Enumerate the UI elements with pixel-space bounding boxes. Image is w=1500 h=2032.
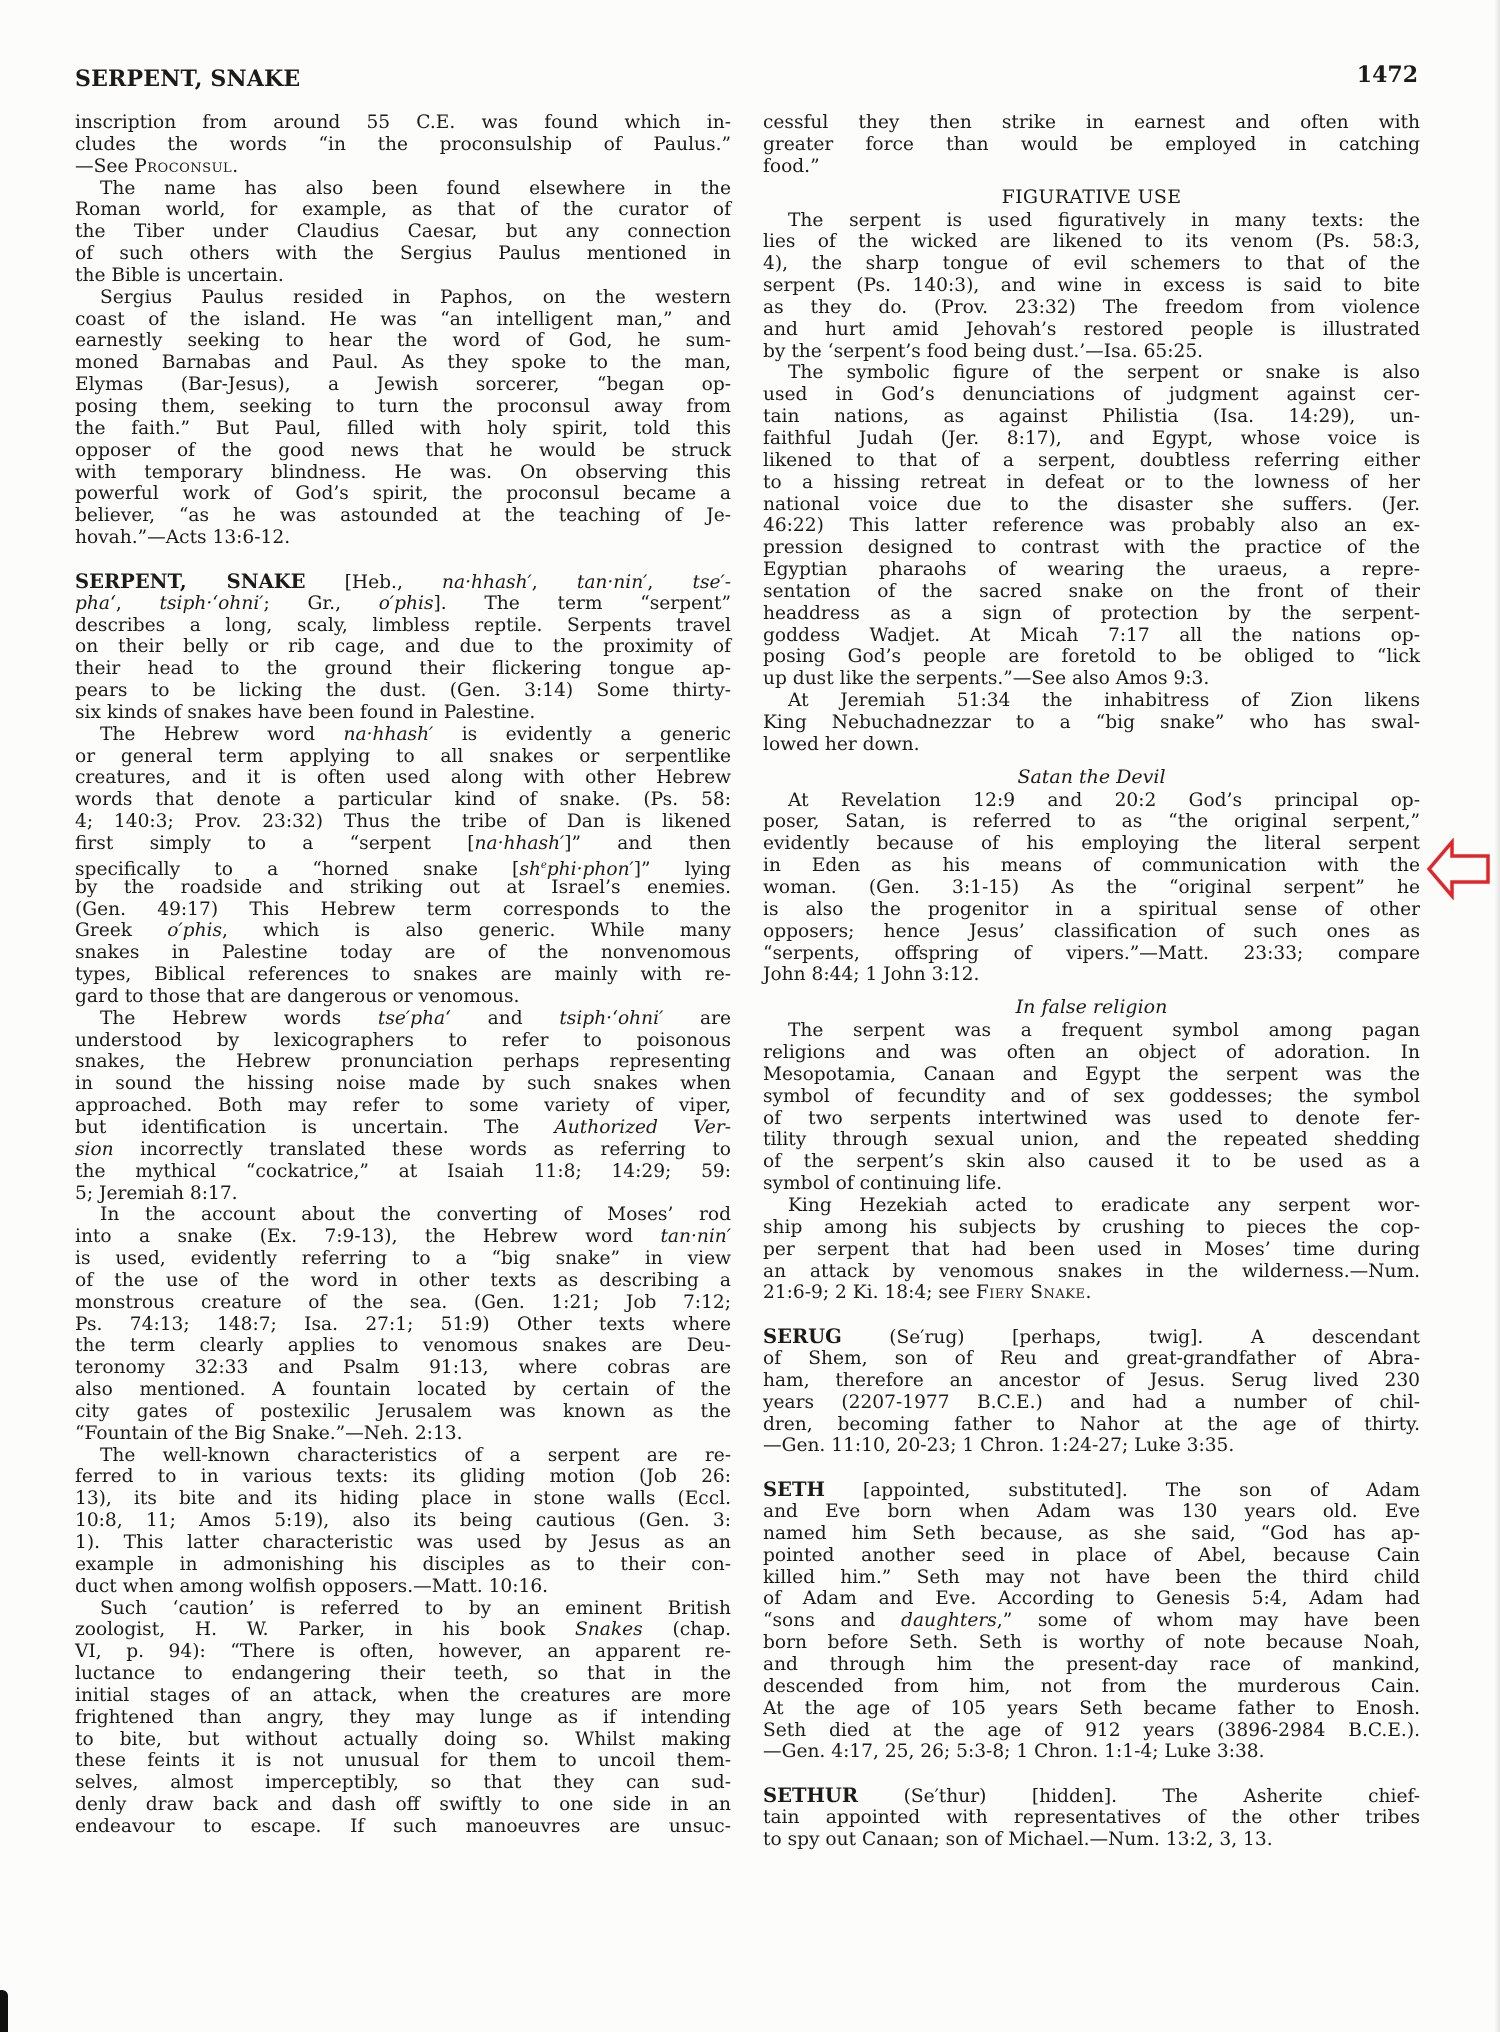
paragraph: The serpent was a frequent symbol among … <box>763 1020 1420 1195</box>
text-line: —Gen. 11:10, 20-23; 1 Chron. 1:24-27; Lu… <box>763 1435 1420 1457</box>
text-line: the Tiber under Claudius Caesar, but any… <box>75 221 731 243</box>
text-line: powerful work of God’s spirit, the proco… <box>75 483 731 505</box>
text-line: or general term applying to all snakes o… <box>75 746 731 768</box>
text-line: to a hissing retreat in defeat or to the… <box>763 472 1420 494</box>
text-line: symbol of continuing life. <box>763 1173 1420 1195</box>
text-line: of the serpent’s skin also caused it to … <box>763 1151 1420 1173</box>
text-line: faithful Judah (Jer. 8:17), and Egypt, w… <box>763 428 1420 450</box>
text-line: sentation of the sacred snake on the fro… <box>763 581 1420 603</box>
text-line: 46:22) This latter reference was probabl… <box>763 515 1420 537</box>
text-line: VI, p. 94): “There is often, however, an… <box>75 1641 731 1663</box>
text-line: initial stages of an attack, when the cr… <box>75 1685 731 1707</box>
text-line: duct when among wolfish opposers.—Matt. … <box>75 1576 731 1598</box>
text-line: moned Barnabas and Paul. As they spoke t… <box>75 352 731 374</box>
text-line: teronomy 32:33 and Psalm 91:13, where co… <box>75 1357 731 1379</box>
text-line: “serpents, offspring of vipers.”—Matt. 2… <box>763 943 1420 965</box>
paragraph: SETH [appointed, substituted]. The son o… <box>763 1479 1420 1763</box>
text-line: The Hebrew words tse′pha‘ and tsiph·‘ohn… <box>75 1008 731 1030</box>
text-line: descended from him, not from the murdero… <box>763 1676 1420 1698</box>
paragraph: In the account about the converting of M… <box>75 1204 731 1444</box>
text-line: in sound the hissing noise made by such … <box>75 1073 731 1095</box>
text-line: years (2207-1977 B.C.E.) and had a numbe… <box>763 1392 1420 1414</box>
text-line: used in God’s denunciations of judgment … <box>763 384 1420 406</box>
text-line: describes a long, scaly, limbless reptil… <box>75 615 731 637</box>
text-line: types, Biblical references to snakes are… <box>75 964 731 986</box>
text-line: lies of the wicked are likened to its ve… <box>763 231 1420 253</box>
text-line: ham, therefore an ancestor of Jesus. Ser… <box>763 1370 1420 1392</box>
text-line: “sons and daughters,” some of whom may h… <box>763 1610 1420 1632</box>
text-line: of Shem, son of Reu and great-grandfathe… <box>763 1348 1420 1370</box>
text-line: Ps. 74:13; 148:7; Isa. 27:1; 51:9) Other… <box>75 1314 731 1336</box>
text-line: killed him.” Seth may not have been the … <box>763 1567 1420 1589</box>
text-line: pha‘, tsiph·‘ohni′; Gr., o′phis]. The te… <box>75 593 731 615</box>
entry-separator <box>763 1763 1420 1785</box>
text-line: of two serpents intertwined was used to … <box>763 1108 1420 1130</box>
text-line: of the use of the word in other texts as… <box>75 1270 731 1292</box>
text-line: first simply to a “serpent [na·hhash′]” … <box>75 833 731 855</box>
text-line: earnestly seeking to hear the word of Go… <box>75 330 731 352</box>
text-line: lowed her down. <box>763 734 1420 756</box>
page-number: 1472 <box>1357 62 1418 88</box>
text-line: 10:8, 11; Amos 5:19), also its being cau… <box>75 1510 731 1532</box>
text-line: headdress as a sign of protection by the… <box>763 603 1420 625</box>
text-line: Such ‘caution’ is referred to by an emin… <box>75 1598 731 1620</box>
paragraph: At Revelation 12:9 and 20:2 God’s princi… <box>763 790 1420 987</box>
text-line: pression designed to contrast with the p… <box>763 537 1420 559</box>
text-line: cludes the words “in the proconsulship o… <box>75 134 731 156</box>
paragraph: Sergius Paulus resided in Paphos, on the… <box>75 287 731 549</box>
text-line: The name has also been found elsewhere i… <box>75 178 731 200</box>
text-line: tain nations, as against Philistia (Isa.… <box>763 406 1420 428</box>
text-line: In the account about the converting of M… <box>75 1204 731 1226</box>
text-line: —Gen. 4:17, 25, 26; 5:3-8; 1 Chron. 1:1-… <box>763 1741 1420 1763</box>
text-line: gard to those that are dangerous or veno… <box>75 986 731 1008</box>
text-line: 4; 140:3; Prov. 23:32) Thus the tribe of… <box>75 811 731 833</box>
paragraph: The serpent is used figuratively in many… <box>763 210 1420 363</box>
text-line: cessful they then strike in earnest and … <box>763 112 1420 134</box>
text-line: greater force than would be employed in … <box>763 134 1420 156</box>
text-line: is also the progenitor in a spiritual se… <box>763 899 1420 921</box>
running-head: SERPENT, SNAKE <box>75 66 300 92</box>
text-line: Elymas (Bar-Jesus), a Jewish sorcerer, “… <box>75 374 731 396</box>
text-line: to bite, but without actually doing so. … <box>75 1729 731 1751</box>
text-line: coast of the island. He was “an intellig… <box>75 309 731 331</box>
section-heading: FIGURATIVE USE <box>763 184 1420 210</box>
text-line: luctance to endangering their teeth, so … <box>75 1663 731 1685</box>
text-line: pears to be licking the dust. (Gen. 3:14… <box>75 680 731 702</box>
paragraph: King Hezekiah acted to eradicate any ser… <box>763 1195 1420 1304</box>
text-line: 4), the sharp tongue of evil schemers to… <box>763 253 1420 275</box>
text-line: also mentioned. A fountain located by ce… <box>75 1379 731 1401</box>
text-line: six kinds of snakes have been found in P… <box>75 702 731 724</box>
text-line: At the age of 105 years Seth became fath… <box>763 1698 1420 1720</box>
text-line: SETHUR (Se′thur) [hidden]. The Asherite … <box>763 1785 1420 1807</box>
text-line: 5; Jeremiah 8:17. <box>75 1183 731 1205</box>
text-line: the faith.” But Paul, filled with holy s… <box>75 418 731 440</box>
text-line: is used, evidently referring to a “big s… <box>75 1248 731 1270</box>
text-line: Mesopotamia, Canaan and Egypt the serpen… <box>763 1064 1420 1086</box>
text-line: these feints it is not unusual for them … <box>75 1750 731 1772</box>
text-line: snakes, the Hebrew pronunciation perhaps… <box>75 1051 731 1073</box>
text-line: King Nebuchadnezzar to a “big snake” who… <box>763 712 1420 734</box>
text-line: —See Proconsul. <box>75 156 731 178</box>
text-line: symbol of fecundity and of sex goddesses… <box>763 1086 1420 1108</box>
subsection-heading: In false religion <box>763 994 1420 1020</box>
entry-separator <box>75 549 731 571</box>
text-line: serpent (Ps. 140:3), and wine in excess … <box>763 275 1420 297</box>
page-edge-shadow <box>1494 0 1500 2032</box>
paragraph: The symbolic figure of the serpent or sn… <box>763 362 1420 690</box>
paragraph: The name has also been found elsewhere i… <box>75 178 731 287</box>
text-line: specifically to a “horned snake [shephi·… <box>75 855 731 877</box>
text-line: up dust like the serpents.”—See also Amo… <box>763 668 1420 690</box>
text-line: opposer of the good news that he would b… <box>75 440 731 462</box>
text-line: selves, almost imperceptibly, so that th… <box>75 1772 731 1794</box>
text-line: frightened than angry, they may lunge as… <box>75 1707 731 1729</box>
text-line: tility through sexual union, and the rep… <box>763 1129 1420 1151</box>
paragraph: The well-known characteristics of a serp… <box>75 1445 731 1598</box>
text-line: John 8:44; 1 John 3:12. <box>763 964 1420 986</box>
text-line: posing God’s people are foretold to be o… <box>763 646 1420 668</box>
text-line: opposers; hence Jesus’ classification of… <box>763 921 1420 943</box>
text-line: posing them, seeking to turn the procons… <box>75 396 731 418</box>
text-line: national voice due to the disaster she s… <box>763 494 1420 516</box>
text-line: of Adam and Eve. According to Genesis 5:… <box>763 1588 1420 1610</box>
text-line: (Gen. 49:17) This Hebrew term correspond… <box>75 899 731 921</box>
text-line: and through him the present-day race of … <box>763 1654 1420 1676</box>
text-line: understood by lexicographers to refer to… <box>75 1030 731 1052</box>
paragraph: SERPENT, SNAKE [Heb., na·hhash′, tan·nin… <box>75 571 731 724</box>
text-line: evidently because of his employing the l… <box>763 833 1420 855</box>
text-line: with temporary blindness. He was. On obs… <box>75 462 731 484</box>
text-line: monstrous creature of the sea. (Gen. 1:2… <box>75 1292 731 1314</box>
text-line: 21:6-9; 2 Ki. 18:4; see Fiery Snake. <box>763 1282 1420 1304</box>
text-line: The serpent was a frequent symbol among … <box>763 1020 1420 1042</box>
text-line: their head to the ground their flickerin… <box>75 658 731 680</box>
text-line: The well-known characteristics of a serp… <box>75 1445 731 1467</box>
text-line: an attack by venomous snakes in the wild… <box>763 1261 1420 1283</box>
text-line: Egyptian pharaohs of wearing the uraeus,… <box>763 559 1420 581</box>
text-line: SETH [appointed, substituted]. The son o… <box>763 1479 1420 1501</box>
text-line: At Revelation 12:9 and 20:2 God’s princi… <box>763 790 1420 812</box>
paragraph: Such ‘caution’ is referred to by an emin… <box>75 1598 731 1838</box>
text-line: sion incorrectly translated these words … <box>75 1139 731 1161</box>
text-line: born before Seth. Seth is worthy of note… <box>763 1632 1420 1654</box>
text-line: religions and was often an object of ado… <box>763 1042 1420 1064</box>
text-line: creatures, and it is often used along wi… <box>75 767 731 789</box>
text-line: but identification is uncertain. The Aut… <box>75 1117 731 1139</box>
text-line: per serpent that had been used in Moses’… <box>763 1239 1420 1261</box>
entry-separator <box>763 1304 1420 1326</box>
text-line: the mythical “cockatrice,” at Isaiah 11:… <box>75 1161 731 1183</box>
text-line: tain appointed with representatives of t… <box>763 1807 1420 1829</box>
paragraph: SERUG (Se′rug) [perhaps, twig]. A descen… <box>763 1326 1420 1457</box>
text-line: Greek o′phis, which is also generic. Whi… <box>75 920 731 942</box>
text-line: pointed another seed in place of Abel, b… <box>763 1545 1420 1567</box>
subsection-heading: Satan the Devil <box>763 764 1420 790</box>
text-line: SERPENT, SNAKE [Heb., na·hhash′, tan·nin… <box>75 571 731 593</box>
entry-separator <box>763 1457 1420 1479</box>
text-line: Roman world, for example, as that of the… <box>75 199 731 221</box>
text-line: city gates of postexilic Jerusalem was k… <box>75 1401 731 1423</box>
text-line: 1). This latter characteristic was used … <box>75 1532 731 1554</box>
text-line: approached. Both may refer to some varie… <box>75 1095 731 1117</box>
paragraph: SETHUR (Se′thur) [hidden]. The Asherite … <box>763 1785 1420 1851</box>
text-line: on their belly or rib cage, and due to t… <box>75 636 731 658</box>
right-column: cessful they then strike in earnest and … <box>763 112 1420 1851</box>
text-line: believer, “as he was astounded at the te… <box>75 505 731 527</box>
left-column: inscription from around 55 C.E. was foun… <box>75 112 731 1838</box>
text-line: snakes in Palestine today are of the non… <box>75 942 731 964</box>
text-line: to spy out Canaan; son of Michael.—Num. … <box>763 1829 1420 1851</box>
text-line: food.” <box>763 156 1420 178</box>
dictionary-page: SERPENT, SNAKE 1472 inscription from aro… <box>0 0 1500 2032</box>
paragraph: inscription from around 55 C.E. was foun… <box>75 112 731 178</box>
text-line: woman. (Gen. 3:1-15) As the “original se… <box>763 877 1420 899</box>
text-line: 13), its bite and its hiding place in st… <box>75 1488 731 1510</box>
text-line: and Eve born when Adam was 130 years old… <box>763 1501 1420 1523</box>
paragraph: The Hebrew words tse′pha‘ and tsiph·‘ohn… <box>75 1008 731 1205</box>
text-line: Sergius Paulus resided in Paphos, on the… <box>75 287 731 309</box>
text-line: named him Seth because, as she said, “Go… <box>763 1523 1420 1545</box>
text-line: by the roadside and striking out at Isra… <box>75 877 731 899</box>
hollow-left-arrow-icon <box>1426 838 1492 900</box>
scan-corner-shadow <box>0 1990 8 2032</box>
text-line: ship among his subjects by crushing to p… <box>763 1217 1420 1239</box>
text-line: SERUG (Se′rug) [perhaps, twig]. A descen… <box>763 1326 1420 1348</box>
text-line: into a snake (Ex. 7:9-13), the Hebrew wo… <box>75 1226 731 1248</box>
text-line: poser, Satan, is referred to as “the ori… <box>763 811 1420 833</box>
text-line: hovah.”—Acts 13:6-12. <box>75 527 731 549</box>
text-line: by the ‘serpent’s food being dust.’—Isa.… <box>763 341 1420 363</box>
text-line: inscription from around 55 C.E. was foun… <box>75 112 731 134</box>
text-line: ferred to in various texts: its gliding … <box>75 1466 731 1488</box>
text-line: as they do. (Prov. 23:32) The freedom fr… <box>763 297 1420 319</box>
text-line: likened to that of a serpent, doubtless … <box>763 450 1420 472</box>
text-line: example in admonishing his disciples as … <box>75 1554 731 1576</box>
text-line: dren, becoming father to Nahor at the ag… <box>763 1414 1420 1436</box>
paragraph: The Hebrew word na·hhash′ is evidently a… <box>75 724 731 1008</box>
text-line: endeavour to escape. If such manoeuvres … <box>75 1816 731 1838</box>
text-line: goddess Wadjet. At Micah 7:17 all the na… <box>763 625 1420 647</box>
text-line: and hurt amid Jehovah’s restored people … <box>763 319 1420 341</box>
text-line: in Eden as his means of communication wi… <box>763 855 1420 877</box>
text-line: Seth died at the age of 912 years (3896-… <box>763 1720 1420 1742</box>
paragraph: cessful they then strike in earnest and … <box>763 112 1420 178</box>
paragraph: At Jeremiah 51:34 the inhabitress of Zio… <box>763 690 1420 756</box>
text-line: The Hebrew word na·hhash′ is evidently a… <box>75 724 731 746</box>
text-line: the Bible is uncertain. <box>75 265 731 287</box>
text-line: The serpent is used figuratively in many… <box>763 210 1420 232</box>
text-line: zoologist, H. W. Parker, in his book Sna… <box>75 1619 731 1641</box>
text-line: of such others with the Sergius Paulus m… <box>75 243 731 265</box>
text-line: denly draw back and dash off swiftly to … <box>75 1794 731 1816</box>
text-line: King Hezekiah acted to eradicate any ser… <box>763 1195 1420 1217</box>
text-line: “Fountain of the Big Snake.”—Neh. 2:13. <box>75 1423 731 1445</box>
text-line: words that denote a particular kind of s… <box>75 789 731 811</box>
text-line: the term clearly applies to venomous sna… <box>75 1335 731 1357</box>
text-line: At Jeremiah 51:34 the inhabitress of Zio… <box>763 690 1420 712</box>
text-line: The symbolic figure of the serpent or sn… <box>763 362 1420 384</box>
